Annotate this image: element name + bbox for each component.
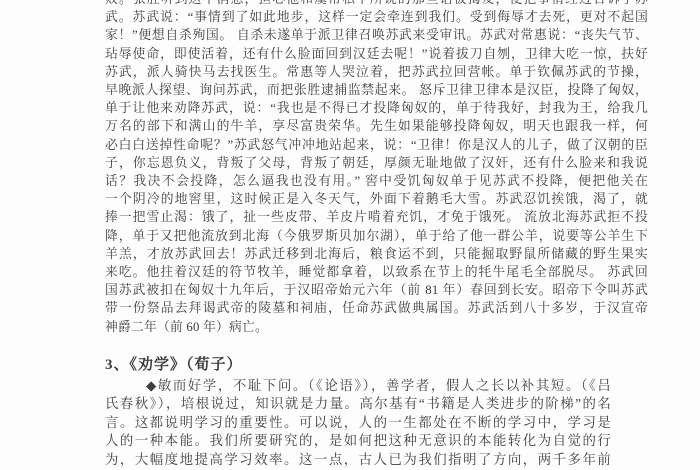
text-line: 带一份祭品去拜谒武帝的陵墓和祠庙，任命苏武做典属国。苏武活到八十多岁，于汉宣帝 — [105, 299, 648, 317]
text-line: 神爵二年（前 60 年）病亡。 — [105, 318, 648, 336]
document-text-layer: 败。张胜听到这个消息，担心他和虞常私下所说的那些话被揭发，便把事情经过告诉了苏武… — [0, 0, 700, 470]
text-line: 武。苏武说：“事情到了如此地步，这样一定会牵连到我们。受到侮辱才去死，更对不起国 — [105, 8, 648, 26]
text-line: 言。这都说明学习的重要性。可以说，人的一生都处在不断的学习中，学习是 — [105, 414, 611, 432]
text-line: 降，单于又把他流放到北海（今俄罗斯贝加尔湖），单于给了他一群公羊，说要等公羊生下 — [105, 227, 648, 245]
text-line: 国苏武被扣在匈奴十九年后，于汉昭帝始元六年（前 81 年）春回到长安。昭帝下令叫… — [105, 281, 648, 299]
learning-quote-paragraph: ◆敏而好学，不耻下问。（《论语》），善学者，假人之长以补其短。（《吕氏春秋》），… — [105, 377, 611, 469]
text-line: 为，大幅度地提高学习效率。这一点，古人已为我们指明了方向，两千多年前 — [105, 451, 611, 469]
text-line: 早晚派人探望、询问苏武，而把张胜逮捕监禁起来。 怒斥卫律卫律本是汉臣，投降了匈奴… — [105, 81, 648, 99]
text-line: 败。张胜听到这个消息，担心他和虞常私下所说的那些话被揭发，便把事情经过告诉了苏 — [105, 0, 648, 8]
text-line: 一个阴冷的地窖里，这时候正是入冬天气，外面下着鹅毛大雪。苏武忍饥挨饿，渴了，就 — [105, 190, 648, 208]
text-line: 羊羔，才放苏武回去！苏武迁移到北海后，粮食运不到，只能掘取野鼠所储藏的野生果实 — [105, 245, 648, 263]
text-line: 单于让他来劝降苏武，说：“我也是不得已才投降匈奴的，单于待我好，封我为王，给我几 — [105, 99, 648, 117]
text-line: 捧一把雪止渴：饿了，扯一些皮带、羊皮片啃着充饥，才免于饿死。 流放北海苏武拒不投 — [105, 208, 648, 226]
document-page: 败。张胜听到这个消息，担心他和虞常私下所说的那些话被揭发，便把事情经过告诉了苏武… — [0, 0, 700, 470]
text-line: 氏春秋》），培根说过，知识就是力量。高尔基有“书籍是人类进步的阶梯”的名 — [105, 395, 611, 413]
text-line: 必白白送掉性命呢？”苏武怒气冲冲地站起来，说：“卫律！你是汉人的儿子，做了汉朝的… — [105, 136, 648, 154]
su-wu-story-paragraph: 败。张胜听到这个消息，担心他和虞常私下所说的那些话被揭发，便把事情经过告诉了苏武… — [105, 0, 648, 336]
text-line: 子，你忘恩负义，背叛了父母，背叛了朝廷，厚颜无耻地做了汉奸，还有什么脸来和我说 — [105, 154, 648, 172]
text-line: 来吃。他拄着汉廷的符节牧羊，睡觉都拿着，以致系在节上的牦牛尾毛全部脱尽。 苏武回 — [105, 263, 648, 281]
text-line: 人的一种本能。我们所要研究的，是如何把这种无意识的本能转化为自觉的行 — [105, 432, 611, 450]
text-line: 话？我决不会投降，怎么逼我也没有用。” 窖中受饥匈奴单于见苏武不投降，便把他关在 — [105, 172, 648, 190]
text-line: 苏武，派人骑快马去找医生。常惠等人哭泣着，把苏武拉回营帐。单于钦佩苏武的节操， — [105, 63, 648, 81]
text-line: ◆敏而好学，不耻下问。（《论语》），善学者，假人之长以补其短。（《吕 — [105, 377, 611, 395]
text-line: 家！”便想自杀殉国。 自杀未遂单于派卫律召唤苏武来受审讯。苏武对常惠说：“丧失气… — [105, 26, 648, 44]
text-line: 玷辱使命，即使活着，还有什么脸面回到汉廷去呢！”说着拔刀自刎，卫律大吃一惊，扶好 — [105, 45, 648, 63]
text-line: 万名的部下和满山的牛羊，享尽富贵荣华。先生如果能够投降匈奴，明天也跟我一样，何 — [105, 117, 648, 135]
section-heading-quanxue: 3、《劝学》（荀子） — [105, 355, 243, 375]
